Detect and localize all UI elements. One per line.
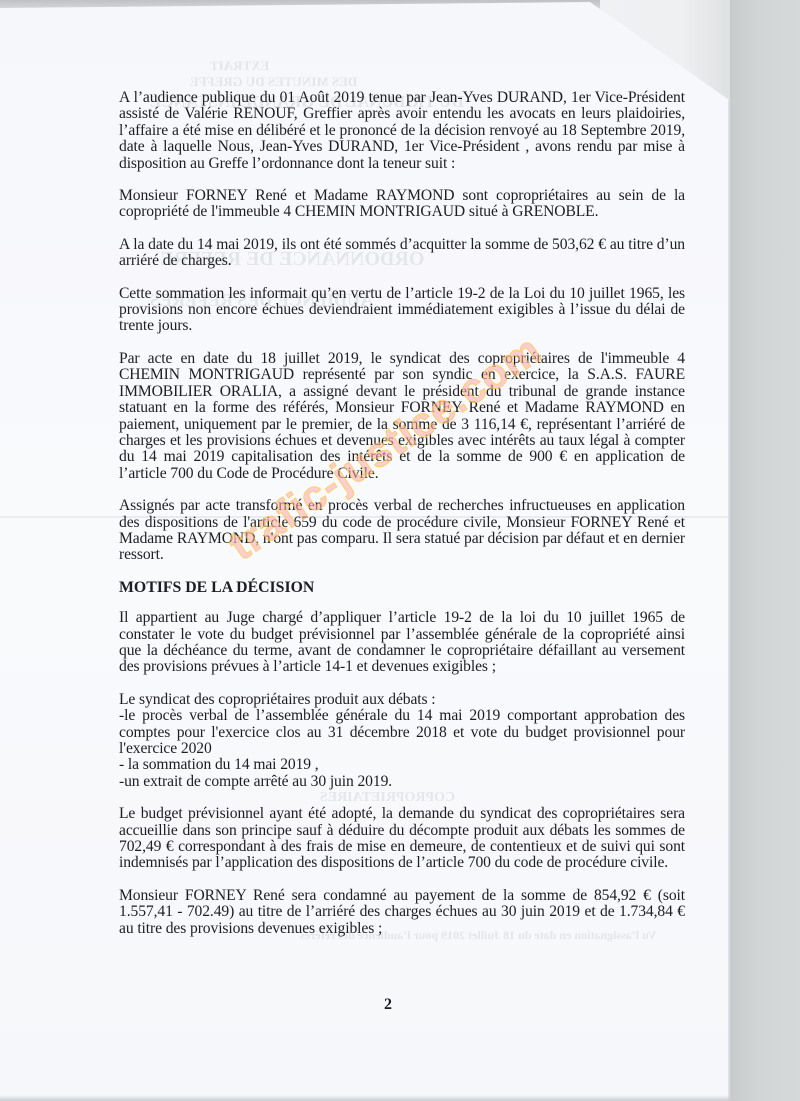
evidence-item: - la sommation du 14 mai 2019 , <box>119 757 685 773</box>
paragraph-default: Assignés par acte transformé en procès v… <box>119 498 685 564</box>
scanner-bed-edge <box>730 0 800 1101</box>
document-body: A l’audience publique du 01 Août 2019 te… <box>119 90 685 953</box>
page-number: 2 <box>384 996 392 1014</box>
evidence-intro: Le syndicat des copropriétaires produit … <box>119 692 685 708</box>
paragraph-parties: Monsieur FORNEY René et Madame RAYMOND s… <box>119 188 685 221</box>
evidence-item: -le procès verbal de l’assemblée général… <box>119 708 685 757</box>
paragraph-condemnation: Monsieur FORNEY René sera condamné au pa… <box>119 888 685 937</box>
evidence-item: -un extrait de compte arrêté au 30 juin … <box>119 774 685 790</box>
paragraph-judge-role: Il appartient au Juge chargé d’appliquer… <box>119 610 685 676</box>
show-through-text: DES MINUTES DU GREFFE <box>190 74 357 90</box>
paragraph-summons: A la date du 14 mai 2019, ils ont été so… <box>119 237 685 270</box>
paragraph-information: Cette sommation les informait qu’en vert… <box>119 286 685 335</box>
paragraph-intro: A l’audience publique du 01 Août 2019 te… <box>119 90 685 172</box>
evidence-list: Le syndicat des copropriétaires produit … <box>119 692 685 790</box>
paragraph-budget: Le budget prévisionnel ayant été adopté,… <box>119 806 685 872</box>
show-through-text: EXTRAIT <box>210 58 269 74</box>
page-bottom-shadow <box>0 1095 732 1101</box>
section-heading: MOTIFS DE LA DÉCISION <box>119 580 685 596</box>
page-edge <box>728 100 732 1101</box>
paragraph-assignment: Par acte en date du 18 juillet 2019, le … <box>119 351 685 482</box>
